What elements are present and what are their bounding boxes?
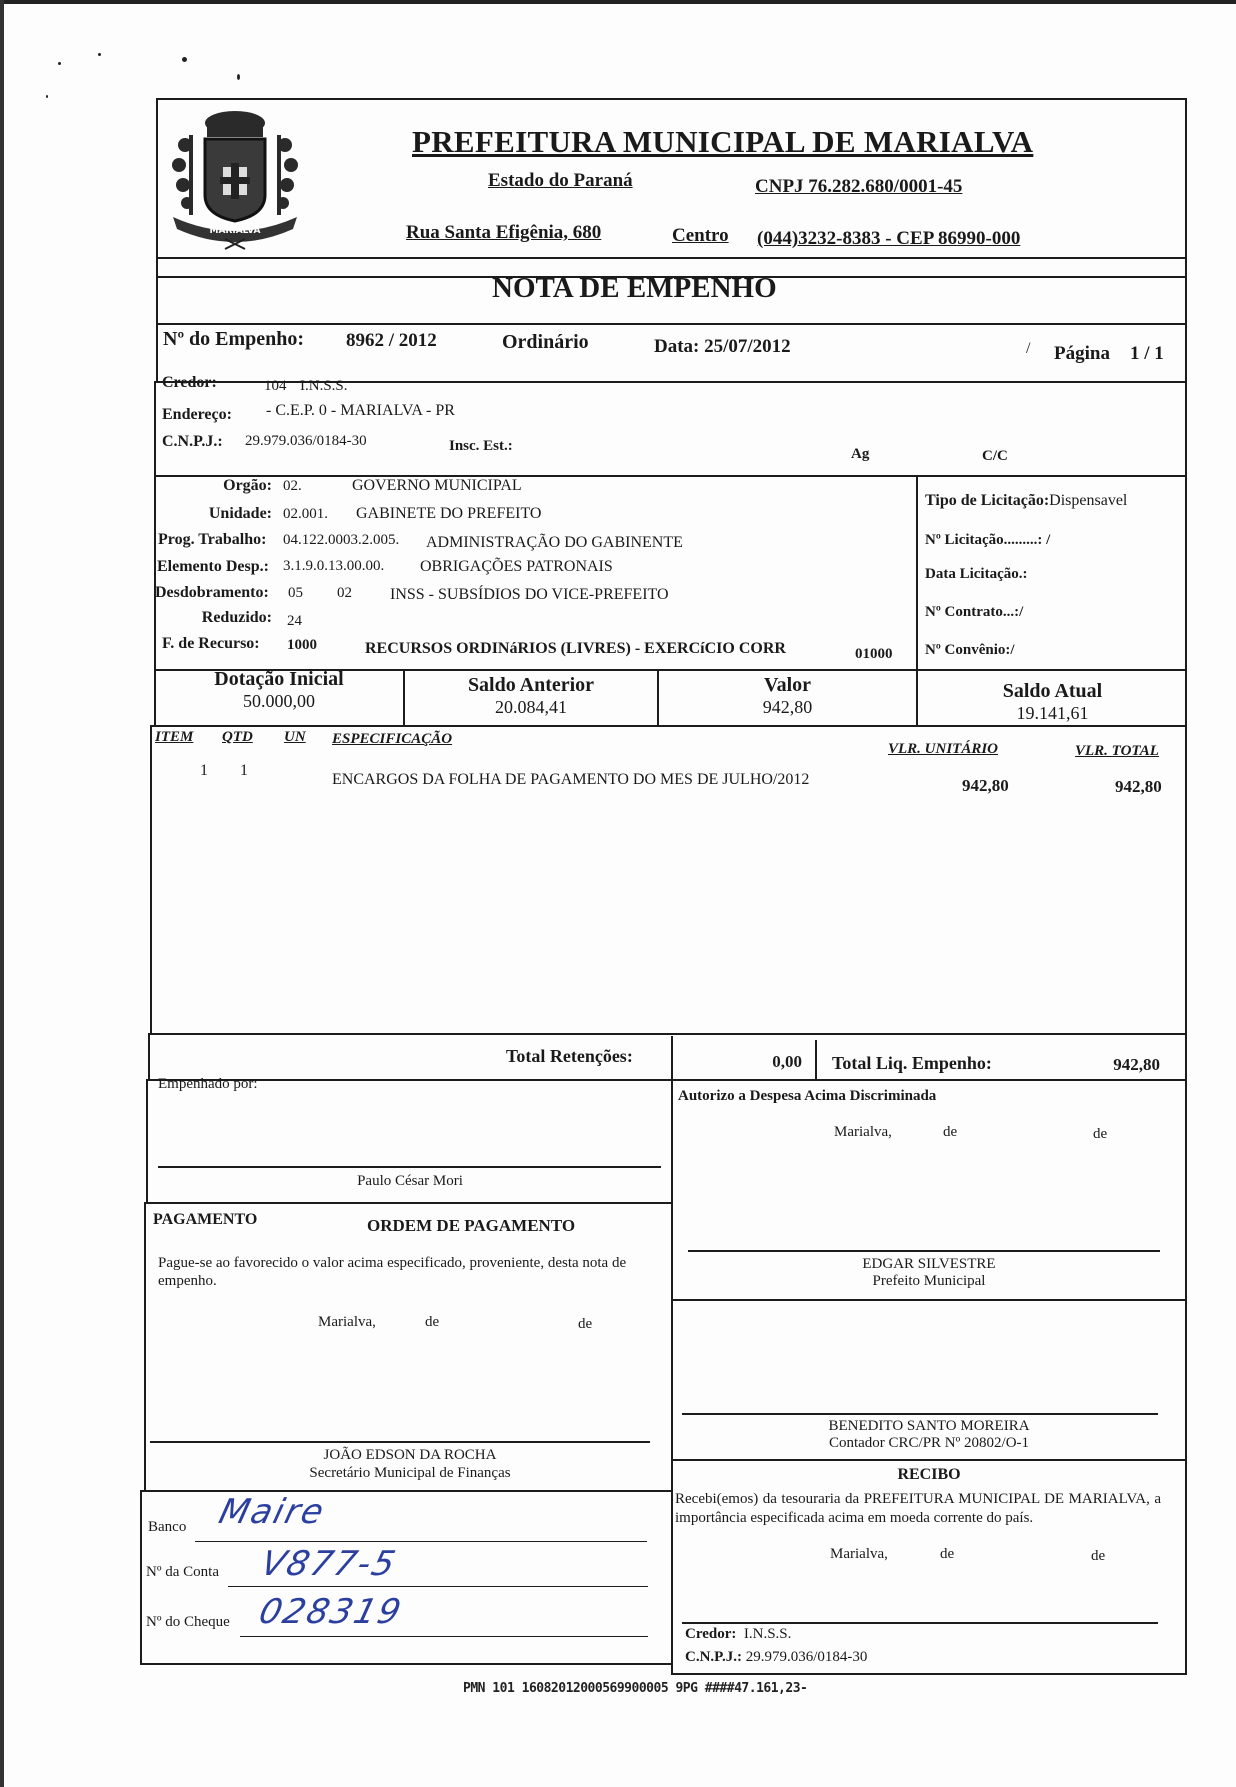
divider	[815, 1040, 817, 1081]
numero-licitacao: Nº Licitação.........: /	[925, 532, 1050, 549]
state-label: Estado do Paraná	[488, 170, 633, 192]
conta-line	[228, 1586, 648, 1587]
balance-label: Saldo Anterior	[405, 674, 657, 697]
orgao-label: Orgão:	[160, 477, 272, 495]
signature-line	[158, 1166, 661, 1168]
item-especificacao: ENCARGOS DA FOLHA DE PAGAMENTO DO MES DE…	[332, 771, 809, 789]
recibo-cnpj: C.N.P.J.: 29.979.036/0184-30	[685, 1649, 867, 1666]
authentication-code: PMN 101 16082012000569900005 9PG ####47.…	[463, 1681, 807, 1696]
page-number: 1 / 1	[1130, 343, 1164, 365]
cheque-handwritten[interactable]: 028319	[255, 1592, 407, 1632]
scan-speck	[58, 62, 61, 65]
contador-signer: BENEDITO SANTO MOREIRA	[671, 1418, 1187, 1435]
reduzido-label: Reduzido:	[160, 609, 272, 627]
agency-label: Ag	[851, 446, 869, 463]
recibo-credor-value: I.N.S.S.	[744, 1626, 792, 1642]
prog-trabalho-label: Prog. Trabalho:	[158, 531, 266, 549]
scan-speck	[182, 57, 187, 62]
item-vlr-unitario: 942,80	[962, 776, 1009, 796]
recurso-label: F. de Recurso:	[162, 635, 260, 653]
recibo-credor-label: Credor:	[685, 1626, 736, 1642]
balance-saldo-atual: Saldo Atual 19.141,61	[918, 680, 1187, 724]
balance-label: Dotação Inicial	[156, 668, 402, 691]
autorizo-signer: EDGAR SILVESTRE	[671, 1256, 1187, 1273]
recurso-name: RECURSOS ORDINáRIOS (LIVRES) - EXERCíCIO…	[365, 640, 786, 658]
scan-edge-top	[0, 0, 1236, 4]
balance-value: 942,80	[659, 697, 916, 718]
balance-label: Valor	[659, 674, 916, 697]
endereco-value: - C.E.P. 0 - MARIALVA - PR	[266, 402, 455, 420]
col-header-un: UN	[284, 729, 306, 746]
tipo-licitacao-value: Dispensavel	[1049, 492, 1127, 509]
empenho-type: Ordinário	[502, 331, 589, 354]
scan-speck	[237, 74, 240, 80]
recibo-place: Marialva,	[830, 1546, 888, 1563]
insc-est-label: Insc. Est.:	[449, 438, 513, 455]
cheque-line	[240, 1636, 648, 1637]
prog-trabalho-code: 04.122.0003.2.005.	[283, 532, 399, 549]
district: Centro	[672, 225, 729, 247]
scan-edge-left	[0, 0, 4, 1787]
col-header-qtd: QTD	[222, 729, 253, 746]
svg-text:MARIALVA: MARIALVA	[210, 226, 261, 236]
numero-convenio: Nº Convênio:/	[925, 642, 1015, 659]
banco-handwritten[interactable]: Maire	[215, 1492, 329, 1532]
unidade-code: 02.001.	[283, 506, 328, 523]
pagamento-signer: JOÃO EDSON DA ROCHA	[150, 1447, 670, 1464]
desdobramento-b: 02	[337, 585, 352, 602]
municipality-cnpj: CNPJ 76.282.680/0001-45	[755, 176, 962, 198]
table-row: 1 1 ENCARGOS DA FOLHA DE PAGAMENTO DO ME…	[150, 760, 1187, 790]
creditor-block	[154, 381, 1187, 477]
recibo-cnpj-label: C.N.P.J.:	[685, 1649, 742, 1665]
municipal-crest-icon: MARIALVA	[165, 105, 305, 250]
endereco-label: Endereço:	[162, 406, 232, 424]
empenhado-label: Empenhado por:	[158, 1076, 258, 1093]
doc-title: NOTA DE EMPENHO	[492, 272, 777, 305]
empenho-number-label: Nº do Empenho:	[163, 328, 304, 351]
recurso-suffix: 01000	[855, 646, 893, 663]
total-liquido-label: Total Liq. Empenho:	[832, 1053, 992, 1074]
account-label: C/C	[982, 448, 1008, 465]
elemento-code: 3.1.9.0.13.00.00.	[283, 558, 384, 575]
ordem-pagamento-label: ORDEM DE PAGAMENTO	[367, 1216, 575, 1236]
recibo-credor: Credor: I.N.S.S.	[685, 1626, 791, 1643]
recibo-title: RECIBO	[671, 1466, 1187, 1484]
pagamento-text: Pague-se ao favorecido o valor acima esp…	[158, 1254, 658, 1290]
autorizo-place: Marialva,	[834, 1124, 892, 1141]
unidade-label: Unidade:	[160, 505, 272, 523]
item-number: 1	[200, 762, 208, 780]
col-header-item: ITEM	[155, 729, 193, 746]
col-header-especificacao: ESPECIFICAÇÃO	[332, 731, 452, 748]
tipo-licitacao-label: Tipo de Licitação:	[925, 492, 1049, 509]
recibo-month-of: de	[1091, 1548, 1105, 1565]
credor-label: Credor:	[162, 374, 217, 392]
balance-saldo-anterior: Saldo Anterior 20.084,41	[405, 674, 657, 718]
col-header-vlr-unitario: VLR. UNITÁRIO	[888, 741, 998, 758]
credor-code: 104	[264, 378, 287, 395]
banco-line	[195, 1541, 647, 1542]
cheque-label: Nº do Cheque	[146, 1614, 230, 1631]
pagamento-label: PAGAMENTO	[153, 1211, 257, 1229]
phone-cep: (044)3232-8383 - CEP 86990-000	[757, 228, 1020, 250]
balance-value: 19.141,61	[918, 703, 1187, 724]
col-header-vlr-total: VLR. TOTAL	[1075, 743, 1159, 760]
page-label: Página	[1054, 343, 1110, 365]
signature-line	[682, 1413, 1158, 1415]
empenho-number: 8962 / 2012	[346, 330, 437, 352]
pagamento-day-of: de	[425, 1314, 439, 1331]
divider	[916, 475, 918, 671]
conta-label: Nº da Conta	[146, 1564, 219, 1581]
signature-line	[150, 1441, 650, 1443]
tipo-licitacao: Tipo de Licitação:Dispensavel	[925, 492, 1127, 510]
address: Rua Santa Efigênia, 680	[406, 222, 601, 244]
prog-trabalho-name: ADMINISTRAÇÃO DO GABINENTE	[426, 534, 683, 552]
total-retencoes-value: 0,00	[680, 1052, 802, 1072]
balance-label: Saldo Atual	[918, 680, 1187, 703]
pagamento-place: Marialva,	[318, 1314, 376, 1331]
municipality-title: PREFEITURA MUNICIPAL DE MARIALVA	[412, 124, 1033, 160]
recurso-code: 1000	[287, 637, 317, 654]
recibo-cnpj-value: 29.979.036/0184-30	[746, 1649, 868, 1665]
data-licitacao: Data Licitação.:	[925, 566, 1027, 583]
credor-cnpj: 29.979.036/0184-30	[245, 433, 367, 450]
scan-speck	[98, 53, 101, 56]
autorizo-label: Autorizo a Despesa Acima Discriminada	[678, 1088, 936, 1105]
signature-line	[682, 1622, 1158, 1624]
unidade-name: GABINETE DO PREFEITO	[356, 505, 541, 523]
item-qtd: 1	[240, 762, 248, 780]
divider	[671, 1036, 673, 1081]
autorizo-month-of: de	[1093, 1126, 1107, 1143]
scan-speck	[46, 95, 48, 98]
reduzido-value: 24	[287, 613, 302, 630]
pagamento-month-of: de	[578, 1316, 592, 1333]
orgao-code: 02.	[283, 478, 302, 495]
pagamento-signer-role: Secretário Municipal de Finanças	[150, 1465, 670, 1482]
recibo-text: Recebi(emos) da tesouraria da PREFEITURA…	[675, 1490, 1161, 1528]
balance-value: 50.000,00	[156, 691, 402, 712]
total-liquido-value: 942,80	[1020, 1055, 1160, 1075]
balance-value: 20.084,41	[405, 697, 657, 718]
desdobramento-a: 05	[288, 585, 303, 602]
elemento-label: Elemento Desp.:	[157, 558, 269, 576]
balance-valor: Valor 942,80	[659, 674, 916, 718]
desdobramento-label: Desdobramento:	[155, 584, 269, 602]
recibo-day-of: de	[940, 1546, 954, 1563]
empenhado-signer: Paulo César Mori	[150, 1173, 670, 1190]
autorizo-signer-role: Prefeito Municipal	[671, 1273, 1187, 1290]
contador-signer-role: Contador CRC/PR Nº 20802/O-1	[671, 1435, 1187, 1452]
desdobramento-name: INSS - SUBSÍDIOS DO VICE-PREFEITO	[390, 586, 669, 604]
item-vlr-total: 942,80	[1115, 777, 1162, 797]
signature-line	[688, 1250, 1160, 1252]
cnpj-label: C.N.P.J.:	[162, 433, 223, 451]
banco-label: Banco	[148, 1519, 186, 1536]
pen-mark: /	[1026, 340, 1030, 358]
orgao-name: GOVERNO MUNICIPAL	[352, 477, 522, 495]
elemento-name: OBRIGAÇÕES PATRONAIS	[420, 558, 613, 576]
numero-contrato: Nº Contrato...:/	[925, 604, 1023, 621]
autorizo-day-of: de	[943, 1124, 957, 1141]
conta-handwritten[interactable]: V877-5	[257, 1544, 401, 1584]
total-retencoes-label: Total Retenções:	[506, 1046, 633, 1067]
balance-dotacao-inicial: Dotação Inicial 50.000,00	[156, 668, 402, 712]
credor-name: I.N.S.S.	[300, 378, 348, 395]
empenho-date: Data: 25/07/2012	[654, 336, 791, 358]
